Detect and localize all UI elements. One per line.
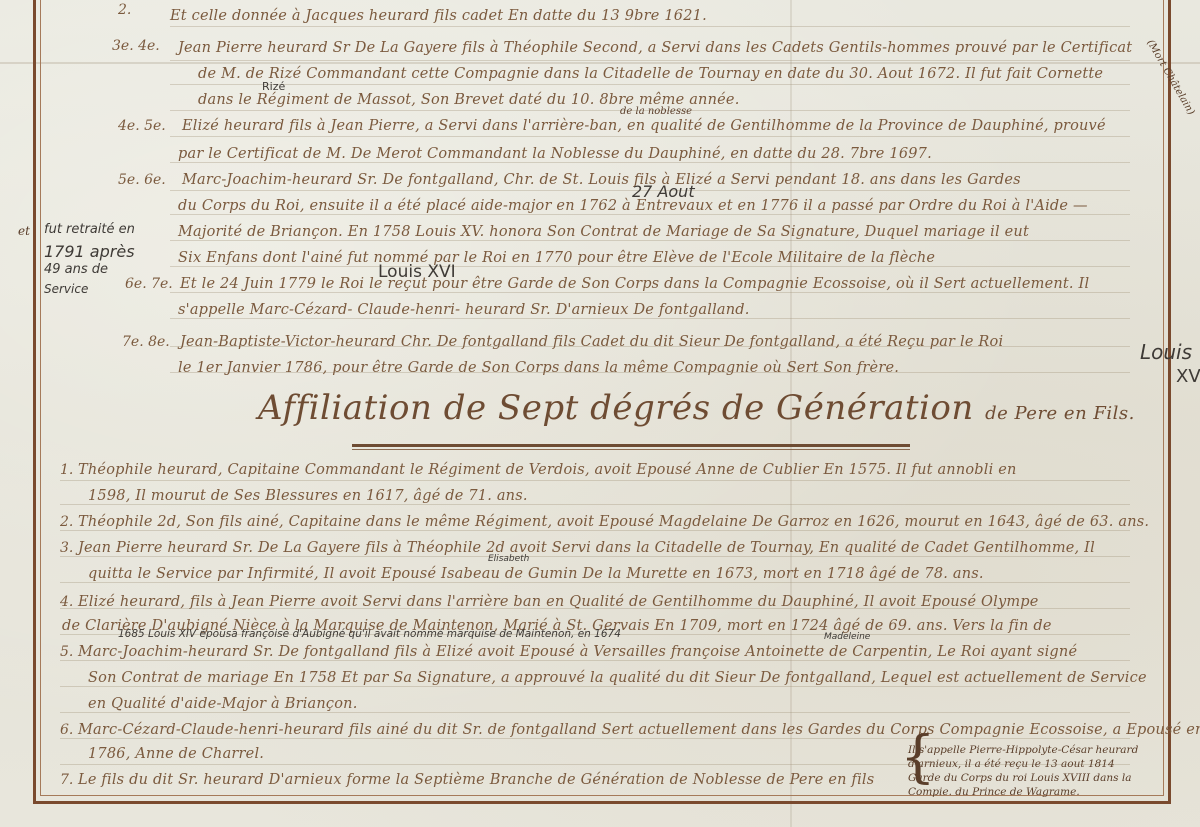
entry-text: Et le 24 Juin 1779 le Roi le reçut pour … <box>180 276 1089 292</box>
entry-text: Marc-Joachim-heurard Sr. De fontgalland … <box>78 644 1077 660</box>
entry-text: 1598, Il mourut de Ses Blessures en 1617… <box>88 488 528 504</box>
annotation-rize: Rizé <box>262 80 285 93</box>
entry-text: Marc-Cézard-Claude-henri-heurard fils ai… <box>78 722 1200 738</box>
entry-text: Son Contrat de mariage En 1758 Et par Sa… <box>88 670 1147 686</box>
entry-number: 1. <box>60 462 73 478</box>
annotation-et: et <box>18 224 30 238</box>
annotation-xvi: XVI <box>1176 366 1200 387</box>
title-main: Affiliation de Sept dégrés de Génération <box>258 388 974 428</box>
entry-number: 6e. 7e. <box>125 276 173 292</box>
entry-number: 5. <box>60 644 73 660</box>
entry-text: Elizé heurard fils à Jean Pierre, a Serv… <box>182 118 1106 134</box>
entry-number: 4e. 5e. <box>118 118 166 134</box>
annotation-elisabeth: Elisabeth <box>488 554 529 564</box>
annotation-de-la-noblesse: de la noblesse <box>620 106 692 117</box>
entry-number: 6. <box>60 722 73 738</box>
entry-number: 5e. 6e. <box>118 172 166 188</box>
title-underline <box>352 449 910 450</box>
entry-text: en Qualité d'aide-Major à Briançon. <box>88 696 358 712</box>
annotation-louis-xvi: Louis XVI <box>378 262 456 282</box>
entry-text: le 1er Janvier 1786, pour être Garde de … <box>178 360 899 376</box>
entry-number: 7. <box>60 772 73 788</box>
entry-text: 1786, Anne de Charrel. <box>88 746 264 762</box>
entry-text: Majorité de Briançon. En 1758 Louis XV. … <box>178 224 1029 240</box>
entry-text: Jean-Baptiste-Victor-heurard Chr. De fon… <box>180 334 1003 350</box>
entry-text: Six Enfans dont l'ainé fut nommé par le … <box>178 250 935 266</box>
section-title: Affiliation de Sept dégrés de Génération… <box>258 388 1135 428</box>
annotation-aout-27: 27 Aout <box>632 182 695 201</box>
entry-text: par le Certificat de M. De Merot Command… <box>178 146 932 162</box>
title-suffix: de Pere en Fils. <box>985 403 1135 424</box>
entry-number: 3. <box>60 540 73 556</box>
annotation-madeleine: Madeleine <box>824 632 870 642</box>
entry-text: Jean Pierre heurard Sr. De La Gayere fil… <box>78 540 1095 556</box>
entry-number: 7e. 8e. <box>122 334 170 350</box>
entry-text: Elizé heurard, fils à Jean Pierre avoit … <box>78 594 1039 610</box>
annotation-louis-xiv: 1685 Louis XIV épousa françoise d'Aubign… <box>118 628 621 640</box>
title-underline <box>352 444 910 447</box>
entry-text: quitta le Service par Infirmité, Il avoi… <box>88 566 984 582</box>
entry-text: Le fils du dit Sr. heurard D'arnieux for… <box>78 772 874 788</box>
entry-number: 4. <box>60 594 73 610</box>
entry-text: Marc-Joachim-heurard Sr. De fontgalland,… <box>182 172 1021 188</box>
entry-text: de M. de Rizé Commandant cette Compagnie… <box>198 66 1103 82</box>
entry-text: Jean Pierre heurard Sr De La Gayere fils… <box>178 40 1132 56</box>
entry-number: 2. <box>60 514 73 530</box>
entry-text: Théophile 2d, Son fils ainé, Capitaine d… <box>78 514 1149 530</box>
entry-number: 2. <box>118 2 131 18</box>
entry-text: Théophile heurard, Capitaine Commandant … <box>78 462 1017 478</box>
entry-text: s'appelle Marc-Cézard- Claude-henri- heu… <box>178 302 750 318</box>
entry-number: 3e. 4e. <box>112 38 160 54</box>
annotation-louis: Louis <box>1140 340 1192 364</box>
entry-text: Et celle donnée à Jacques heurard fils c… <box>170 8 707 24</box>
